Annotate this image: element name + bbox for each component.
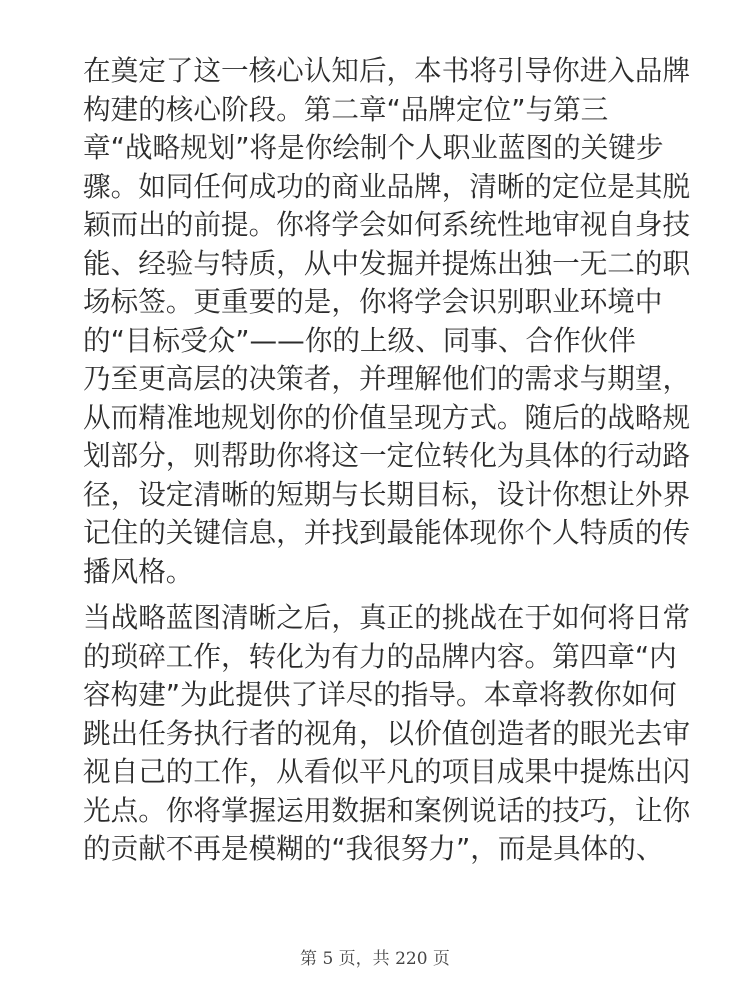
text-line: 跳出任务执行者的视角，以价值创造者的眼光去审	[83, 715, 669, 754]
paragraph-2: 当战略蓝图清晰之后，真正的挑战在于如何将日常 的琐碎工作，转化为有力的品牌内容。…	[83, 599, 669, 869]
text-line: 当战略蓝图清晰之后，真正的挑战在于如何将日常	[83, 599, 669, 638]
text-line: 骤。如同任何成功的商业品牌，清晰的定位是其脱	[83, 168, 669, 207]
text-line: 的“目标受众”——你的上级、同事、合作伙伴	[83, 322, 669, 361]
text-line: 记住的关键信息，并找到最能体现你个人特质的传	[83, 514, 669, 553]
text-line: 容构建”为此提供了详尽的指导。本章将教你如何	[83, 676, 669, 715]
text-line: 乃至更高层的决策者，并理解他们的需求与期望，	[83, 360, 669, 399]
text-line: 光点。你将掌握运用数据和案例说话的技巧，让你	[83, 792, 669, 831]
paragraph-1: 在奠定了这一核心认知后，本书将引导你进入品牌 构建的核心阶段。第二章“品牌定位”…	[83, 52, 669, 591]
text-line: 划部分，则帮助你将这一定位转化为具体的行动路	[83, 437, 669, 476]
text-line: 从而精准地规划你的价值呈现方式。随后的战略规	[83, 399, 669, 438]
text-line: 的贡献不再是模糊的“我很努力”，而是具体的、	[83, 830, 669, 869]
text-line: 视自己的工作，从看似平凡的项目成果中提炼出闪	[83, 753, 669, 792]
text-line: 章“战略规划”将是你绘制个人职业蓝图的关键步	[83, 129, 669, 168]
text-line: 颖而出的前提。你将学会如何系统性地审视自身技	[83, 206, 669, 245]
text-line: 场标签。更重要的是，你将学会识别职业环境中	[83, 283, 669, 322]
text-line: 构建的核心阶段。第二章“品牌定位”与第三	[83, 91, 669, 130]
page-number-footer: 第 5 页，共 220 页	[0, 944, 750, 969]
text-line: 的琐碎工作，转化为有力的品牌内容。第四章“内	[83, 638, 669, 677]
page-body: 在奠定了这一核心认知后，本书将引导你进入品牌 构建的核心阶段。第二章“品牌定位”…	[83, 52, 669, 877]
text-line: 播风格。	[83, 553, 669, 592]
text-line: 在奠定了这一核心认知后，本书将引导你进入品牌	[83, 52, 669, 91]
text-line: 能、经验与特质，从中发掘并提炼出独一无二的职	[83, 245, 669, 284]
text-line: 径，设定清晰的短期与长期目标，设计你想让外界	[83, 476, 669, 515]
